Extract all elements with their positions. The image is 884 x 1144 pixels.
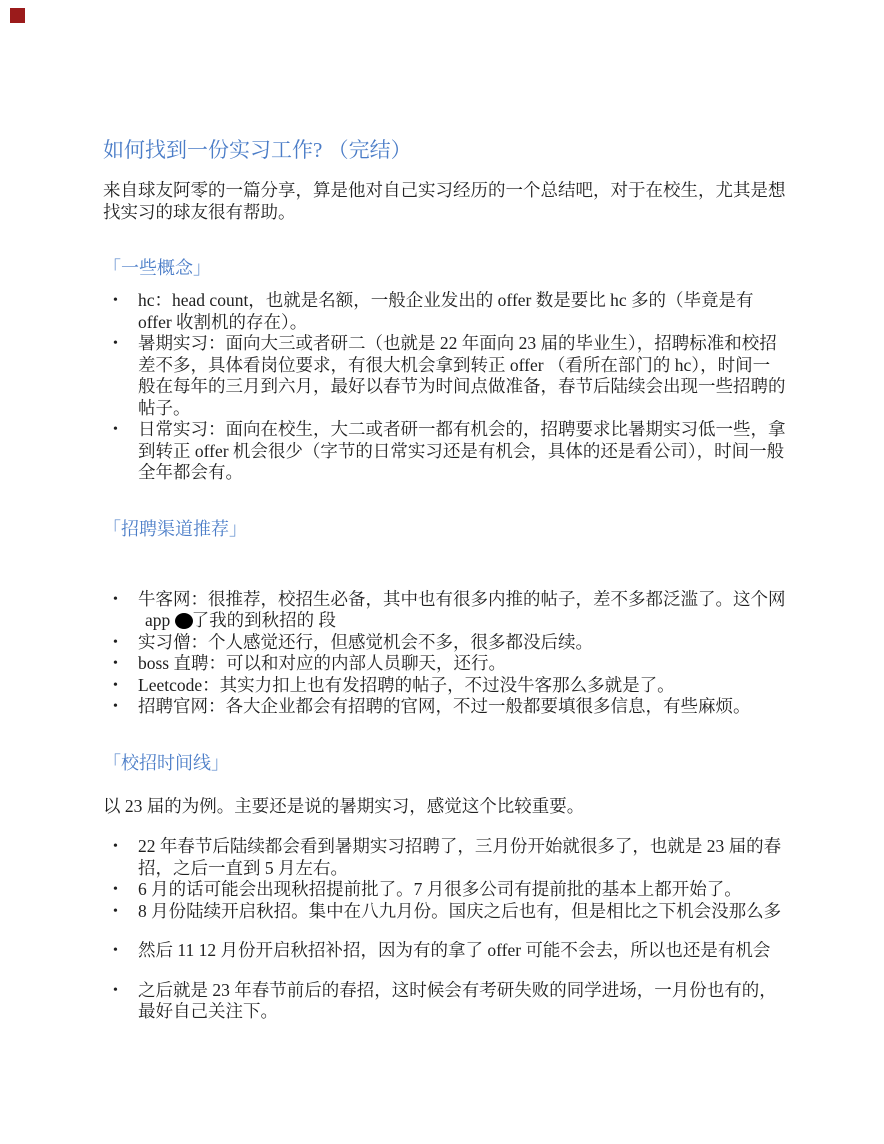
bullet-icon: •	[113, 589, 118, 611]
section-heading: 「招聘渠道推荐」	[103, 517, 786, 542]
list-item-text: 22 年春节后陆续都会看到暑期实习招聘了，三月份开始就很多了，也就是 23 届的…	[138, 836, 781, 878]
list-item-text: 8 月份陆续开启秋招。集中在八九月份。国庆之后也有，但是相比之下机会没那么多	[138, 901, 781, 921]
bullet-icon: •	[113, 901, 118, 923]
section-lead-paragraph: 以 23 届的为例。主要还是说的暑期实习，感觉这个比较重要。	[103, 796, 786, 818]
bullet-icon: •	[113, 419, 118, 441]
list-item-text-line2: app 了我的到秋招的 段	[145, 610, 336, 630]
list-item-text: 6 月的话可能会出现秋招提前批了。7 月很多公司有提前批的基本上都开始了。	[138, 879, 742, 899]
list-item: •牛客网：很推荐，校招生必备，其中也有很多内推的帖子，差不多都泛滥了。这个网ap…	[103, 589, 786, 632]
list-item: •boss 直聘：可以和对应的内部人员聊天，还行。	[103, 653, 786, 675]
list-item: •然后 11 12 月份开启秋招补招，因为有的拿了 offer 可能不会去，所以…	[103, 940, 786, 962]
bullet-icon: •	[113, 940, 118, 962]
bullet-icon: •	[113, 290, 118, 312]
doc-section: 「一些概念」•hc：head count，也就是名额，一般企业发出的 offer…	[103, 256, 786, 484]
list-item-text: 然后 11 12 月份开启秋招补招，因为有的拿了 offer 可能不会去，所以也…	[138, 940, 770, 960]
list-item: •之后就是 23 年春节前后的春招，这时候会有考研失败的同学进场，一月份也有的，…	[103, 980, 786, 1023]
document-page: 如何找到一份实习工作? （完结） 来自球友阿零的一篇分享，算是他对自己实习经历的…	[0, 0, 884, 1144]
list-item: •hc：head count，也就是名额，一般企业发出的 offer 数是要比 …	[103, 290, 786, 333]
list-item: •暑期实习：面向大三或者研二（也就是 22 年面向 23 届的毕业生），招聘标准…	[103, 333, 786, 419]
list-item-text: 日常实习：面向在校生，大二或者研一都有机会的，招聘要求比暑期实习低一些，拿到转正…	[138, 419, 786, 482]
list-item: •实习僧：个人感觉还行，但感觉机会不多，很多都没后续。	[103, 632, 786, 654]
list-item-text: app	[145, 610, 175, 630]
bullet-icon: •	[113, 980, 118, 1002]
list-item: •日常实习：面向在校生，大二或者研一都有机会的，招聘要求比暑期实习低一些，拿到转…	[103, 419, 786, 484]
page-title: 如何找到一份实习工作? （完结）	[103, 137, 786, 164]
list-item-text: 了我的到秋招的 段	[192, 610, 336, 630]
section-heading: 「一些概念」	[103, 256, 786, 281]
list-item-text: 之后就是 23 年春节前后的春招，这时候会有考研失败的同学进场，一月份也有的，最…	[138, 980, 777, 1022]
list-item: •8 月份陆续开启秋招。集中在八九月份。国庆之后也有，但是相比之下机会没那么多	[103, 901, 786, 923]
bullet-icon: •	[113, 836, 118, 858]
bullet-icon: •	[113, 632, 118, 654]
bullet-list: •牛客网：很推荐，校招生必备，其中也有很多内推的帖子，差不多都泛滥了。这个网ap…	[103, 589, 786, 718]
list-item-text: 暑期实习：面向大三或者研二（也就是 22 年面向 23 届的毕业生），招聘标准和…	[138, 333, 786, 418]
bullet-icon: •	[113, 333, 118, 355]
sections-container: 「一些概念」•hc：head count，也就是名额，一般企业发出的 offer…	[103, 256, 786, 1023]
section-heading: 「校招时间线」	[103, 751, 786, 776]
list-item-text: Leetcode：其实力扣上也有发招聘的帖子，不过没牛客那么多就是了。	[138, 675, 675, 695]
corner-marker	[10, 8, 25, 23]
doc-section: 「校招时间线」以 23 届的为例。主要还是说的暑期实习，感觉这个比较重要。•22…	[103, 751, 786, 1023]
list-item: •6 月的话可能会出现秋招提前批了。7 月很多公司有提前批的基本上都开始了。	[103, 879, 786, 901]
list-item-text: 实习僧：个人感觉还行，但感觉机会不多，很多都没后续。	[138, 632, 593, 652]
doc-section: 「招聘渠道推荐」•牛客网：很推荐，校招生必备，其中也有很多内推的帖子，差不多都泛…	[103, 517, 786, 718]
list-item-text: boss 直聘：可以和对应的内部人员聊天，还行。	[138, 653, 506, 673]
bullet-list: •hc：head count，也就是名额，一般企业发出的 offer 数是要比 …	[103, 290, 786, 484]
list-item-text: hc：head count，也就是名额，一般企业发出的 offer 数是要比 h…	[138, 290, 754, 332]
redaction-blob	[175, 613, 193, 629]
list-item: •招聘官网：各大企业都会有招聘的官网，不过一般都要填很多信息，有些麻烦。	[103, 696, 786, 718]
list-item-text: 招聘官网：各大企业都会有招聘的官网，不过一般都要填很多信息，有些麻烦。	[138, 696, 751, 716]
list-item: •Leetcode：其实力扣上也有发招聘的帖子，不过没牛客那么多就是了。	[103, 675, 786, 697]
bullet-icon: •	[113, 675, 118, 697]
bullet-icon: •	[113, 879, 118, 901]
list-item: •22 年春节后陆续都会看到暑期实习招聘了，三月份开始就很多了，也就是 23 届…	[103, 836, 786, 879]
bullet-icon: •	[113, 653, 118, 675]
bullet-list: •22 年春节后陆续都会看到暑期实习招聘了，三月份开始就很多了，也就是 23 届…	[103, 836, 786, 1023]
list-item-text: 牛客网：很推荐，校招生必备，其中也有很多内推的帖子，差不多都泛滥了。这个网	[138, 589, 786, 609]
intro-paragraph: 来自球友阿零的一篇分享，算是他对自己实习经历的一个总结吧，对于在校生，尤其是想找…	[103, 180, 786, 223]
bullet-icon: •	[113, 696, 118, 718]
